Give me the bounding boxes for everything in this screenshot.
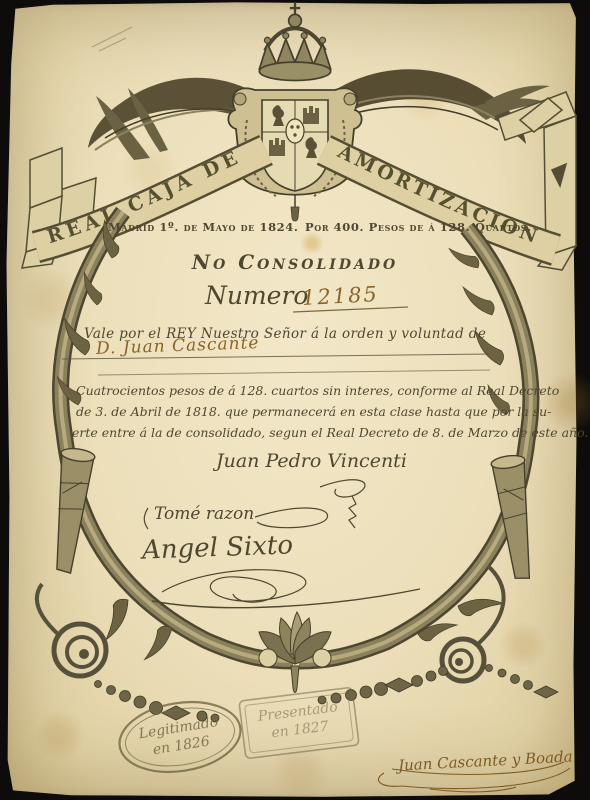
comptroller-signature: Angel Sixto [142,530,294,565]
body-line-2: de 3. de Abril de 1818. que permanecerá … [76,404,551,419]
body-line-3: erte entre á la de consolidado, segun el… [72,425,588,440]
shell-ornament [259,612,331,693]
tome-razon-label: Tomé razon [154,504,254,524]
pencil-mark [92,27,132,51]
dateline-place: Madrid 1º. de Mayo de 1824. [108,220,298,234]
spiral-curl-left [37,584,106,676]
treasurer-signature: Juan Pedro Vincenti [216,450,407,472]
body-line-1: Cuatrocientos pesos de á 128. cuartos si… [76,383,559,398]
number-label: Numero [205,281,308,310]
engraving-layer: REAL CAJA DE AMORTIZACION [0,0,590,800]
class-label: No Consolidado [0,250,590,274]
torch-socket-right [490,454,541,582]
royal-crown-icon [259,2,330,80]
dateline-amount: Por 400. Pesos de á 128. Quartos. [305,220,532,234]
number-value: 12185 [301,282,379,310]
scanned-certificate: REAL CAJA DE AMORTIZACION [0,0,590,800]
